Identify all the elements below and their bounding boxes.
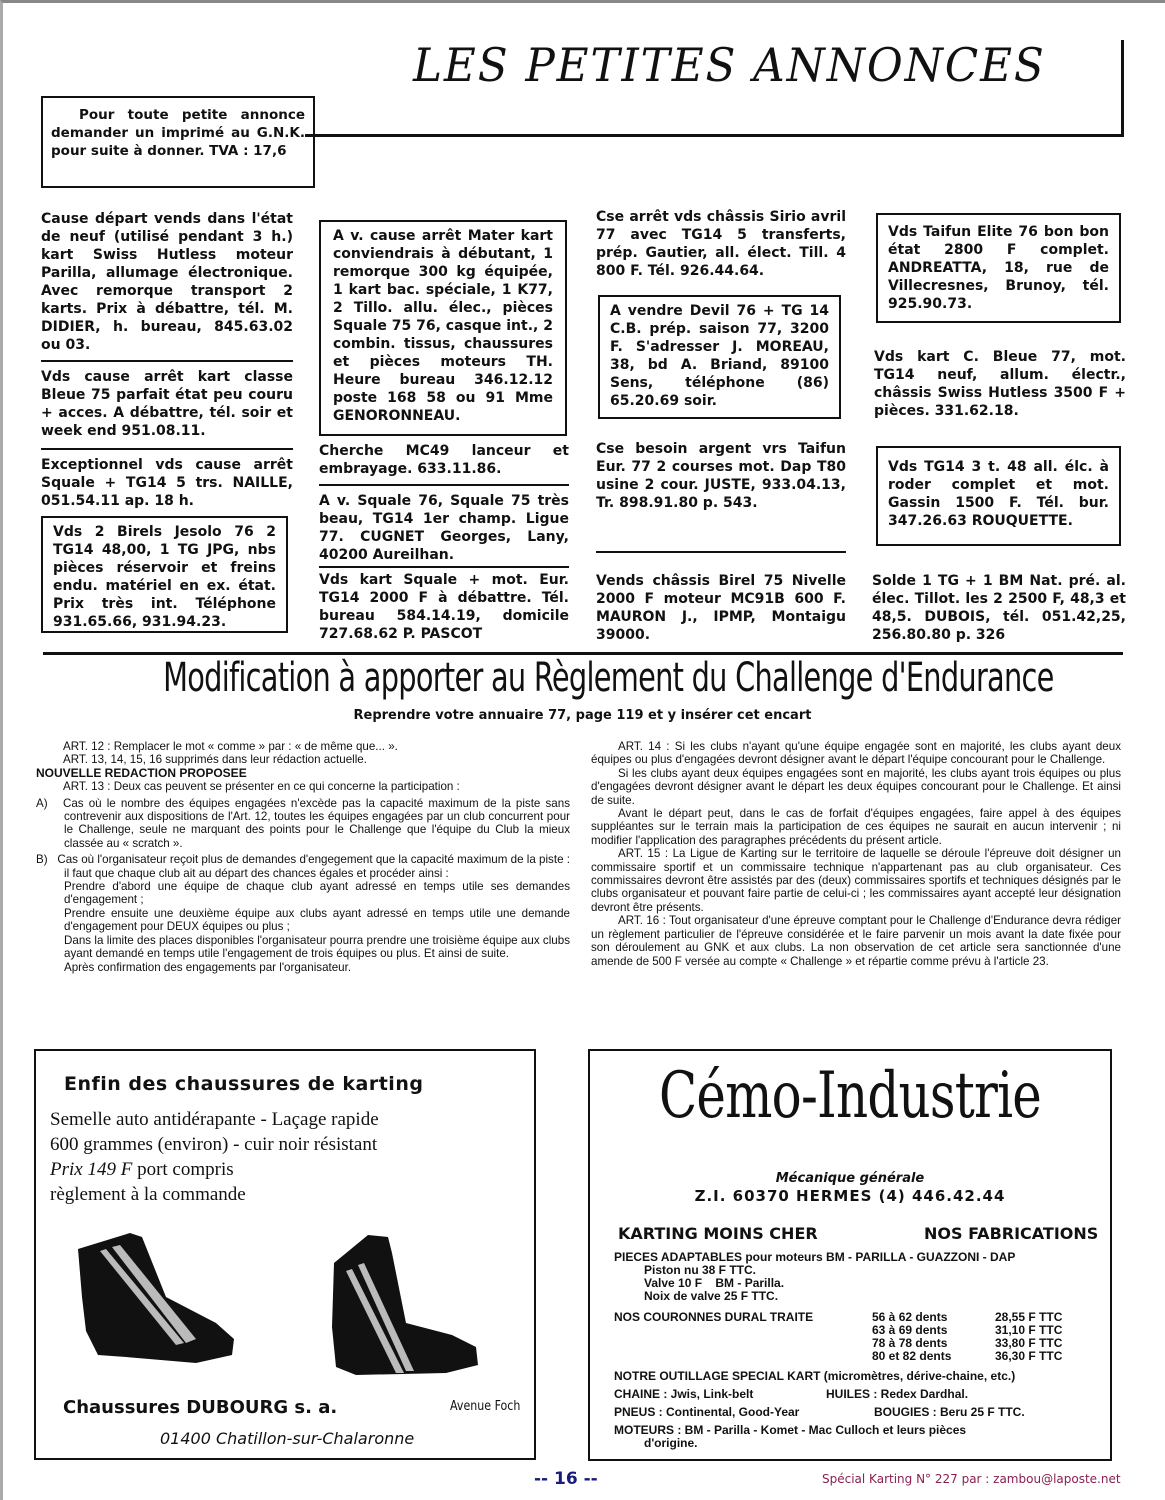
classified-ad: Vds cause arrêt kart classe Bleue 75 par… <box>41 368 293 440</box>
divider <box>596 551 846 553</box>
cemo-address: Z.I. 60370 HERMES (4) 446.42.44 <box>590 1187 1110 1205</box>
shoe-left-icon <box>78 1233 234 1363</box>
cemo-couronne-teeth: 80 et 82 dents <box>872 1349 951 1363</box>
cemo-huiles: HUILES : Redex Dardhal. <box>826 1387 968 1401</box>
classified-ad: Solde 1 TG + 1 BM Nat. pré. al. élec. Ti… <box>872 572 1126 644</box>
cemo-moteurs: MOTEURS : BM - Parilla - Komet - Mac Cul… <box>614 1423 966 1437</box>
shoe-right-icon <box>332 1235 478 1375</box>
classified-ad: Exceptionnel vds cause arrêt Squale + TG… <box>41 456 293 510</box>
classified-ad: Cherche MC49 lanceur et embrayage. 633.1… <box>319 442 569 478</box>
article-case-a: A) Cas où le nombre des équipes engagées… <box>36 797 570 851</box>
classified-ad: A v. Squale 76, Squale 75 très beau, TG1… <box>319 492 569 564</box>
classified-ad-boxed: A vendre Devil 76 + TG 14 C.B. prép. sai… <box>598 295 841 419</box>
shoe-price: Prix 149 F <box>50 1159 132 1180</box>
classified-ad-boxed: Vds 2 Birels Jesolo 76 2 TG14 48,00, 1 T… <box>41 516 288 633</box>
cemo-bougies: BOUGIES : Beru 25 F TTC. <box>874 1405 1025 1419</box>
shoe-advert-heading: Enfin des chaussures de karting <box>64 1073 423 1095</box>
title-rule-end <box>1121 40 1124 137</box>
article-paragraph: ART. 13 : Deux cas peuvent se présenter … <box>36 780 570 793</box>
classified-ad: Vds kart C. Bleue 77, mot. TG14 neuf, al… <box>874 348 1126 420</box>
article-column-right: ART. 14 : Si les clubs n'ayant qu'une éq… <box>591 740 1121 968</box>
shoe-advert-body: Semelle auto antidérapante - Laçage rapi… <box>50 1107 379 1207</box>
article-column-left: ART. 12 : Remplacer le mot « comme » par… <box>36 740 570 974</box>
article-paragraph: Après confirmation des engagements par l… <box>36 961 570 974</box>
cemo-advert: Cémo-Industrie Mécanique générale Z.I. 6… <box>588 1049 1112 1461</box>
article-paragraph: ART. 14 : Si les clubs n'ayant qu'une éq… <box>591 740 1121 767</box>
classified-ad-boxed: Vds TG14 3 t. 48 all. élc. à roder compl… <box>876 446 1121 546</box>
article-paragraph: Avant le départ peut, dans le cas de for… <box>591 807 1121 847</box>
cemo-couronne-price: 36,30 F TTC <box>995 1349 1062 1363</box>
shoe-price-suffix: port compris <box>132 1159 233 1180</box>
divider <box>41 360 293 362</box>
classified-ad-boxed: A v. cause arrêt Mater kart conviendrais… <box>319 220 567 436</box>
article-paragraph: Prendre ensuite une deuxième équipe aux … <box>36 907 570 934</box>
divider <box>41 448 293 450</box>
cemo-moteurs-cont: d'origine. <box>644 1436 698 1450</box>
shoe-advert: Enfin des chaussures de karting Semelle … <box>34 1049 536 1460</box>
cemo-piece-item: Piston nu 38 F TTC. <box>644 1263 756 1277</box>
cemo-subtitle: Mécanique générale <box>590 1171 1110 1186</box>
article-paragraph: Dans la limite des places disponibles l'… <box>36 934 570 961</box>
classified-ad: Vds kart Squale + mot. Eur. TG14 2000 F … <box>319 571 569 643</box>
cemo-pneus: PNEUS : Continental, Good-Year <box>614 1405 799 1419</box>
shoe-city: 01400 Chatillon-sur-Chalaronne <box>160 1429 414 1448</box>
title-rule <box>305 134 1124 137</box>
cemo-couronne-price: 31,10 F TTC <box>995 1323 1062 1337</box>
classified-ad: Cse arrêt vds châssis Sirio avril 77 ave… <box>596 208 846 280</box>
cemo-couronne-teeth: 63 à 69 dents <box>872 1323 947 1337</box>
divider <box>319 484 569 486</box>
cemo-outillage: NOTRE OUTILLAGE SPECIAL KART (micromètre… <box>614 1369 1015 1383</box>
cemo-left-heading: KARTING MOINS CHER <box>618 1224 818 1243</box>
shoe-brand: Chaussures DUBOURG s. a. <box>63 1397 337 1418</box>
shoe-feature-line: Semelle auto antidérapante - Laçage rapi… <box>50 1107 379 1132</box>
article-heading: NOUVELLE REDACTION PROPOSEE <box>36 767 570 780</box>
article-paragraph: Si les clubs ayant deux équipes engagées… <box>591 767 1121 807</box>
page-number: -- 16 -- <box>534 1469 598 1489</box>
shoe-price-line: Prix 149 F port compris <box>50 1157 379 1182</box>
article-paragraph: ART. 13, 14, 15, 16 supprimés dans leur … <box>36 753 570 766</box>
karting-shoes-image <box>56 1227 496 1387</box>
article-paragraph: ART. 12 : Remplacer le mot « comme » par… <box>36 740 570 753</box>
cemo-piece-item: Valve 10 F BM - Parilla. <box>644 1276 784 1290</box>
shoe-street: Avenue Foch <box>450 1399 520 1414</box>
cemo-pieces: PIECES ADAPTABLES pour moteurs BM - PARI… <box>614 1250 1015 1264</box>
cemo-couronne-teeth: 56 à 62 dents <box>872 1310 947 1324</box>
section-subtitle: Reprendre votre annuaire 77, page 119 et… <box>0 708 1165 723</box>
divider <box>319 566 569 568</box>
article-paragraph: ART. 16 : Tout organisateur d'une épreuv… <box>591 914 1121 968</box>
notice-box: Pour toute petite annonce demander un im… <box>41 96 315 188</box>
section-title: Modification à apporter au Règlement du … <box>163 655 1002 701</box>
footer-credit: Spécial Karting N° 227 par : zambou@lapo… <box>822 1472 1121 1486</box>
article-paragraph: Prendre d'abord une équipe de chaque clu… <box>36 880 570 907</box>
article-case-b: B) Cas où l'organisateur reçoit plus de … <box>36 853 570 880</box>
cemo-piece-item: Noix de valve 25 F TTC. <box>644 1289 778 1303</box>
cemo-couronne-price: 28,55 F TTC <box>995 1310 1062 1324</box>
cemo-couronne-price: 33,80 F TTC <box>995 1336 1062 1350</box>
classified-ad: Vends châssis Birel 75 Nivelle 2000 F mo… <box>596 572 846 644</box>
classified-ad-boxed: Vds Taifun Elite 76 bon bon état 2800 F … <box>876 213 1121 323</box>
cemo-couronne-teeth: 78 à 78 dents <box>872 1336 947 1350</box>
article-paragraph: ART. 15 : La Ligue de Karting sur le ter… <box>591 847 1121 914</box>
cemo-couronnes-label: NOS COURONNES DURAL TRAITE <box>614 1310 813 1324</box>
classified-ad: Cse besoin argent vrs Taifun Eur. 77 2 c… <box>596 440 846 512</box>
classified-ad: Cause départ vends dans l'état de neuf (… <box>41 210 293 354</box>
page-title: LES PETITES ANNONCES <box>413 38 1046 92</box>
shoe-feature-line: 600 grammes (environ) - cuir noir résist… <box>50 1132 379 1157</box>
cemo-chaine: CHAINE : Jwis, Link-belt <box>614 1387 753 1401</box>
cemo-right-heading: NOS FABRICATIONS <box>924 1224 1098 1243</box>
cemo-title: Cémo-Industrie <box>647 1059 1053 1133</box>
shoe-feature-line: règlement à la commande <box>50 1182 379 1207</box>
